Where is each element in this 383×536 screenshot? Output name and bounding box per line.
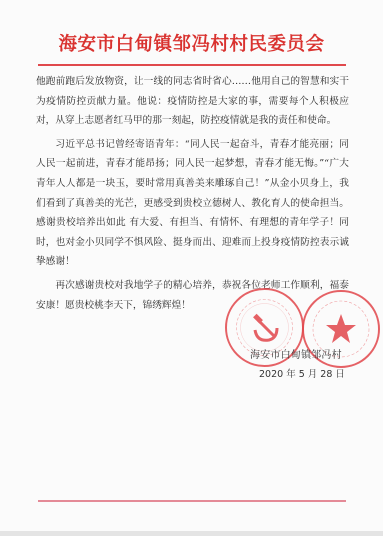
paragraph-continuation: 他跑前跑后发放物资，让一线的同志省时省心……他用自己的智慧和实干为疫情防控贡献力… xyxy=(36,72,349,131)
letterhead-divider xyxy=(38,64,346,66)
document-page: 海安市白甸镇邹冯村村民委员会 他跑前跑后发放物资，让一线的同志省时省心……他用自… xyxy=(0,0,383,531)
paragraph-quote: 习近平总书记曾经寄语青年：“同人民一起奋斗，青春才能亮丽；同人民一起前进，青春才… xyxy=(36,135,349,272)
letterhead-title: 海安市白甸镇邹冯村村民委员会 xyxy=(0,33,383,57)
letter-body: 他跑前跑后发放物资，让一线的同志省时省心……他用自己的智慧和实干为疫情防控贡献力… xyxy=(36,72,349,315)
footer-divider xyxy=(38,500,346,502)
page-edge xyxy=(0,531,383,536)
paragraph-closing: 再次感谢贵校对我地学子的精心培养，恭祝各位老师工作顺利，福泰安康！愿贵校桃李天下… xyxy=(36,276,349,315)
signature-date: 2020 年 5 月 28 日 xyxy=(259,366,345,380)
signature-organization: 海安市白甸镇邹冯村 xyxy=(250,346,342,361)
